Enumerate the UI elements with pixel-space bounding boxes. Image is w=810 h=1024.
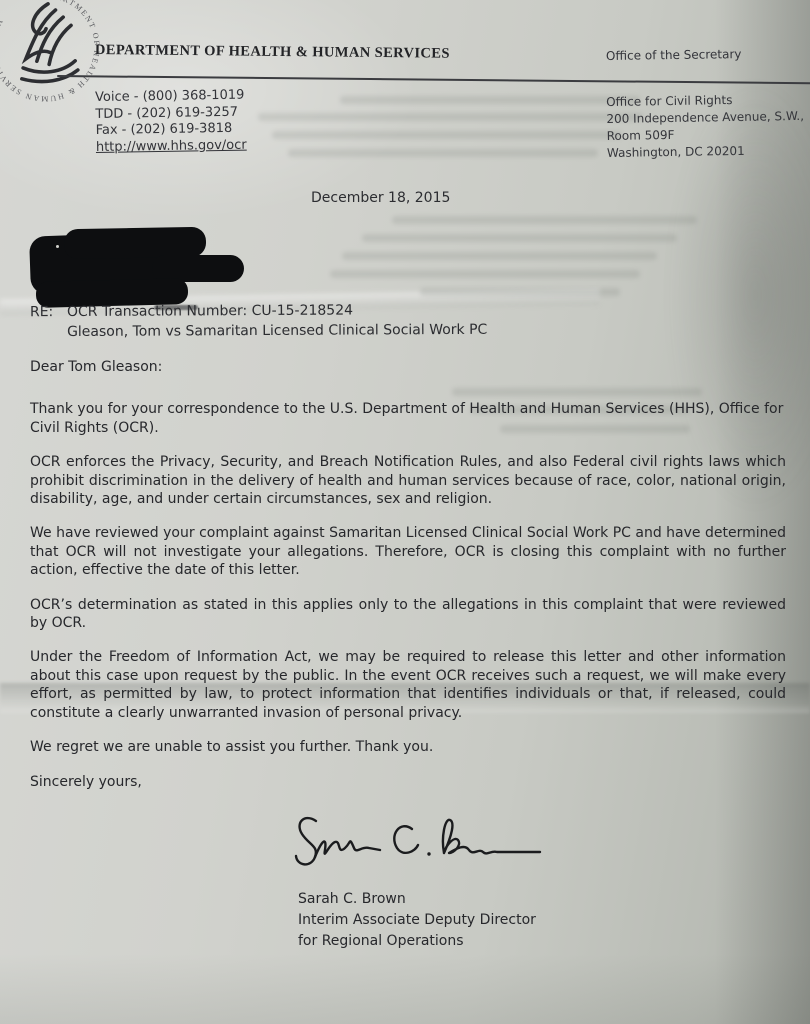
ocr-address-block: Office for Civil Rights 200 Independence… bbox=[606, 91, 805, 162]
re-label: RE: bbox=[30, 303, 67, 323]
scanned-letter-page: DEPARTMENT OF HEALTH & HUMAN SERVICES · … bbox=[0, 0, 810, 1024]
closing-line: Sincerely yours, bbox=[30, 773, 786, 791]
letter-date: December 18, 2015 bbox=[311, 190, 450, 206]
masthead-rule bbox=[57, 75, 810, 85]
signer-name: Sarah C. Brown bbox=[298, 889, 786, 910]
redaction-speck bbox=[56, 245, 59, 248]
seal-ring-text: DEPARTMENT OF HEALTH & HUMAN SERVICES · … bbox=[0, 0, 110, 112]
department-title: DEPARTMENT OF HEALTH & HUMAN SERVICES bbox=[95, 42, 515, 63]
letter-body: Dear Tom Gleason: Thank you for your cor… bbox=[30, 358, 786, 952]
re-line-1: OCR Transaction Number: CU-15-218524 bbox=[67, 302, 353, 323]
letter-content: DEPARTMENT OF HEALTH & HUMAN SERVICES · … bbox=[0, 0, 810, 1024]
eagle-glyph bbox=[10, 1, 80, 86]
svg-text:DEPARTMENT OF HEALTH & HUMAN S: DEPARTMENT OF HEALTH & HUMAN SERVICES · … bbox=[0, 0, 110, 112]
signer-block: Sarah C. Brown Interim Associate Deputy … bbox=[298, 889, 786, 952]
re-line-2: Gleason, Tom vs Samaritan Licensed Clini… bbox=[67, 320, 487, 342]
address-line: 200 Independence Avenue, S.W., bbox=[606, 108, 804, 128]
voice-line: Voice - (800) 368-1019 bbox=[95, 88, 246, 107]
salutation: Dear Tom Gleason: bbox=[30, 358, 786, 376]
letter-paragraph: OCR’s determination as stated in this ap… bbox=[30, 596, 786, 633]
office-of-secretary-label: Office of the Secretary bbox=[606, 47, 742, 63]
ocr-url: http://www.hhs.gov/ocr bbox=[96, 137, 247, 156]
signer-title-1: Interim Associate Deputy Director bbox=[298, 910, 786, 931]
fax-line: Fax - (202) 619-3818 bbox=[96, 121, 247, 140]
re-block: RE: OCR Transaction Number: CU-15-218524… bbox=[30, 301, 487, 342]
letter-paragraph: We regret we are unable to assist you fu… bbox=[30, 738, 786, 756]
letter-paragraph: We have reviewed your complaint against … bbox=[30, 524, 786, 579]
signer-title-2: for Regional Operations bbox=[298, 931, 786, 952]
letter-paragraph: Thank you for your correspondence to the… bbox=[30, 400, 786, 437]
letter-paragraph: Under the Freedom of Information Act, we… bbox=[30, 648, 786, 722]
contact-block: Voice - (800) 368-1019 TDD - (202) 619-3… bbox=[95, 88, 247, 156]
signature-scrawl-icon bbox=[292, 807, 544, 873]
address-line: Washington, DC 20201 bbox=[607, 142, 805, 162]
letter-paragraph: OCR enforces the Privacy, Security, and … bbox=[30, 453, 786, 508]
